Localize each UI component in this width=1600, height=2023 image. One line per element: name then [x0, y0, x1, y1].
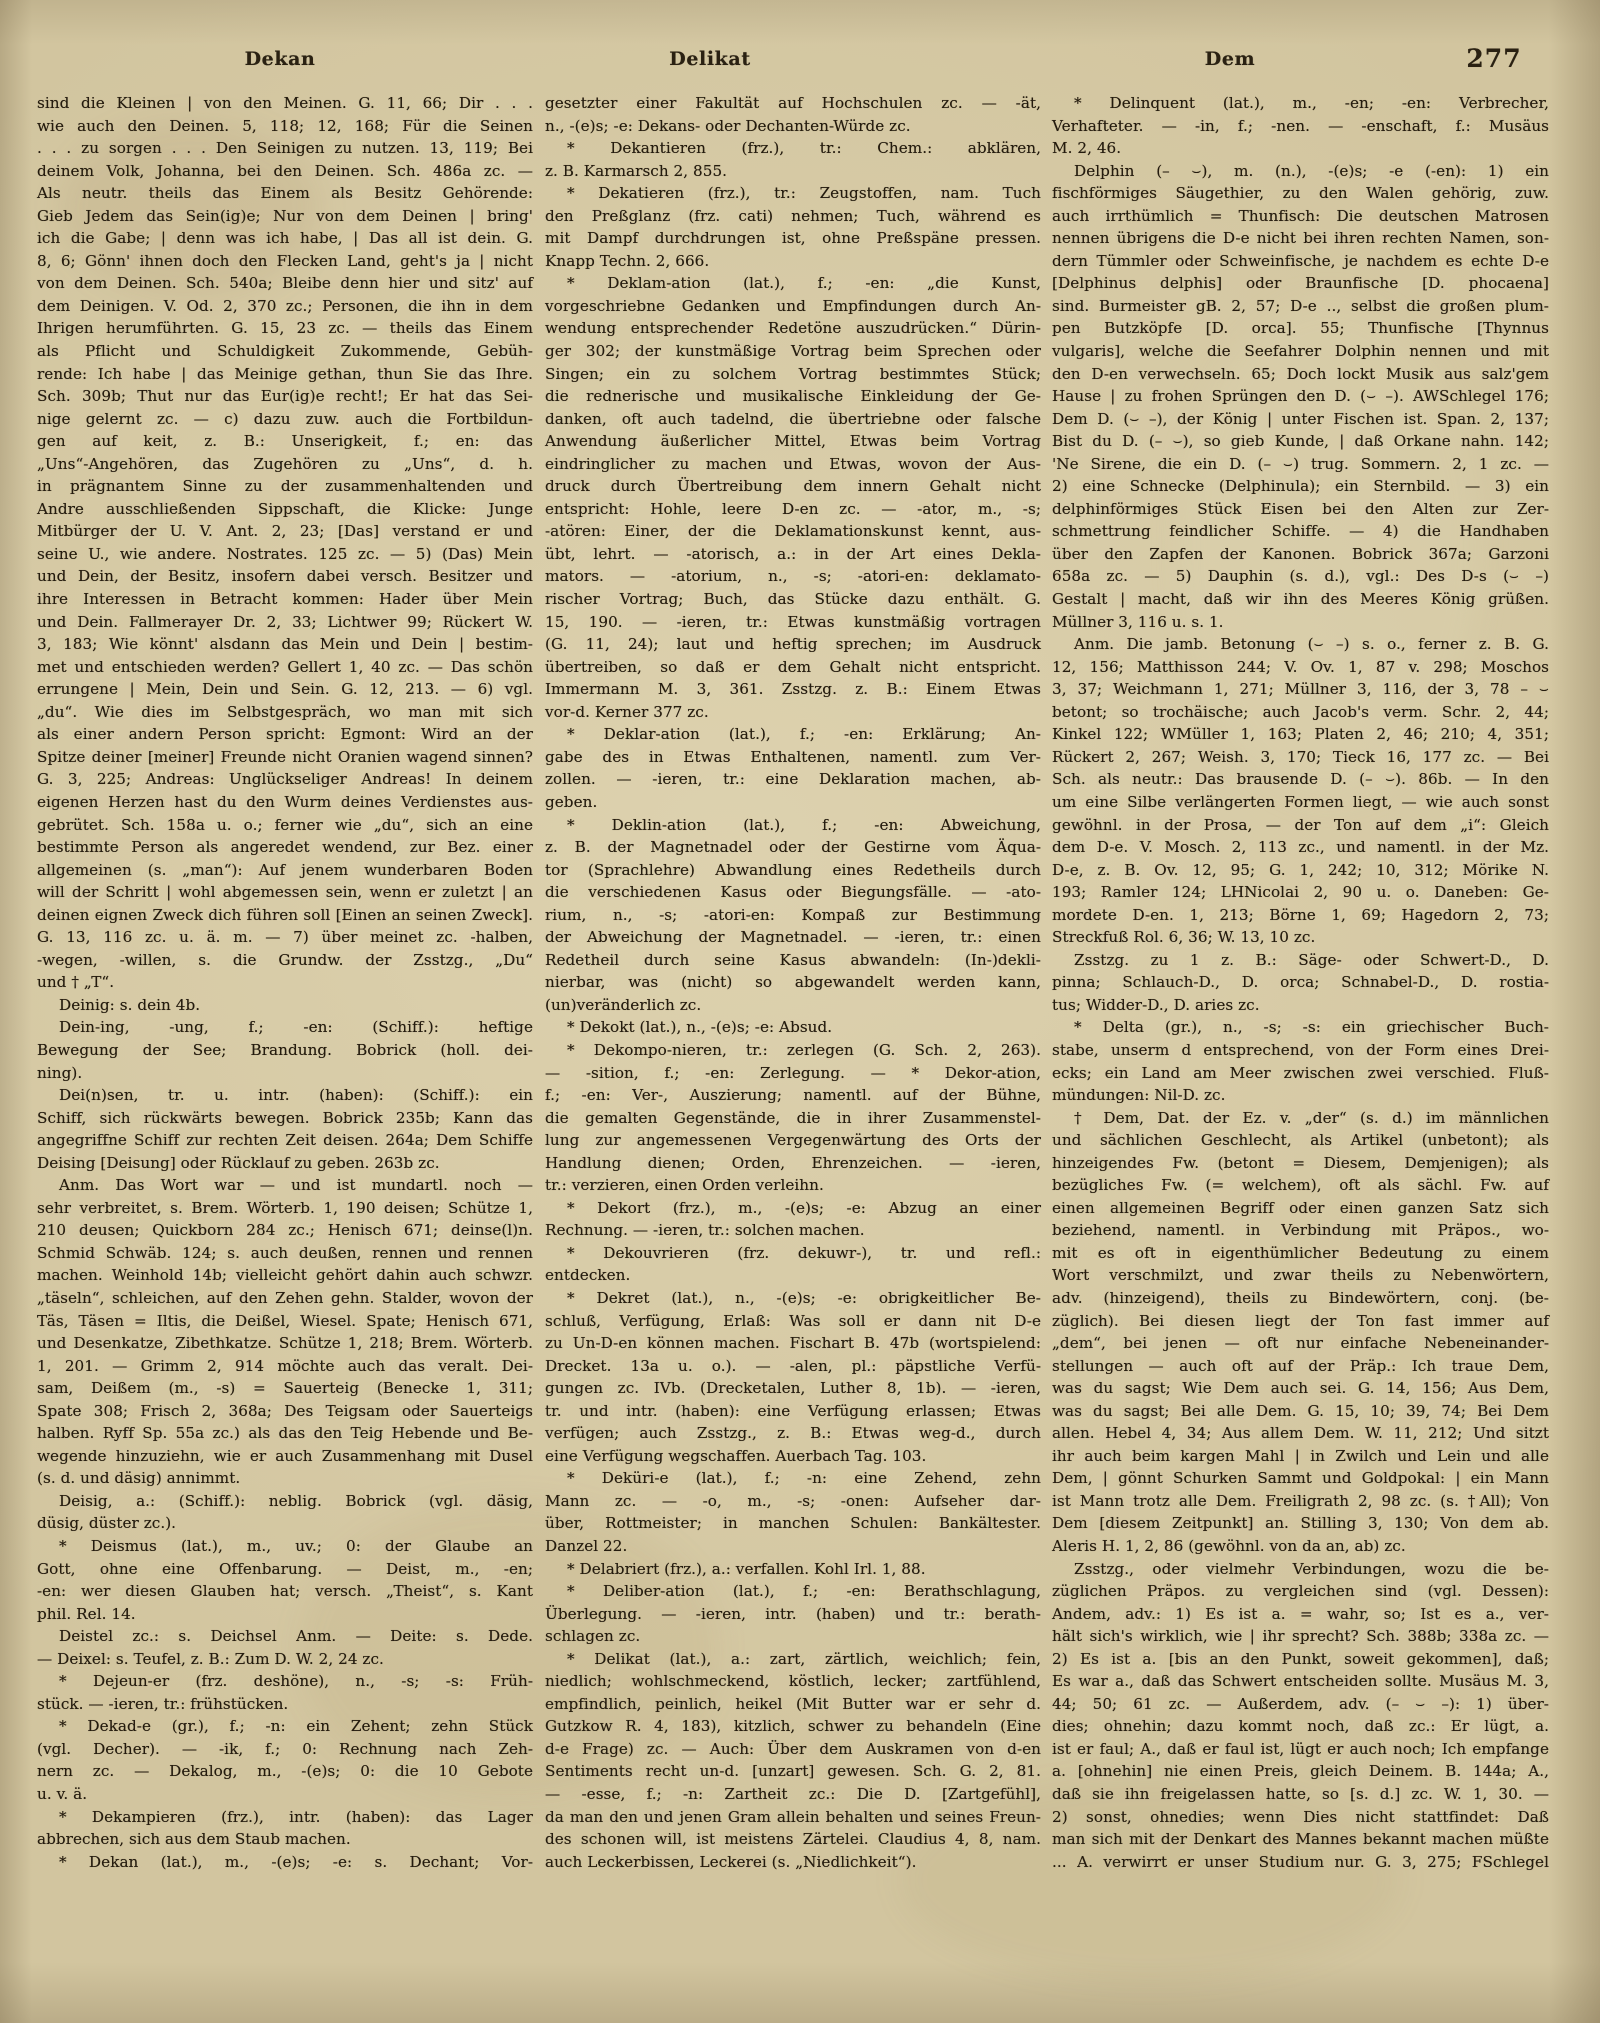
text-line: Ihrigen herumführten. G. 15, 23 zc. — th…: [37, 317, 533, 340]
text-line: stück. — -ieren, tr.: frühstücken.: [37, 1693, 533, 1716]
text-line: * Delikat (lat.), a.: zart, zärtlich, we…: [545, 1648, 1041, 1671]
text-line: bezügliches Fw. (= welchem), oft als säc…: [1052, 1174, 1549, 1197]
text-line: schlagen zc.: [545, 1625, 1041, 1648]
text-line: 658a zc. — 5) Dauphin (s. d.), vgl.: Des…: [1052, 565, 1549, 588]
text-line: vorgeschriebne Gedanken und Empfindungen…: [545, 295, 1041, 318]
text-line: (s. d. und däsig) annimmt.: [37, 1467, 533, 1490]
catchword-left: Dekan: [180, 48, 380, 70]
text-line: angegriffne Schiff zur rechten Zeit deis…: [37, 1129, 533, 1152]
text-line: die verschiedenen Kasus oder Biegungsfäl…: [545, 881, 1041, 904]
text-line: Rechnung. — -ieren, tr.: solchen machen.: [545, 1219, 1041, 1242]
text-line: betont; so trochäische; auch Jacob's ver…: [1052, 701, 1549, 724]
text-line: Andre ausschließenden Sippschaft, die Kl…: [37, 498, 533, 521]
text-line: G. 13, 116 zc. u. ä. m. — 7) über meinet…: [37, 926, 533, 949]
text-line: den Preßglanz (frz. cati) nehmen; Tuch, …: [545, 205, 1041, 228]
text-line: lung zur angemessenen Vergegenwärtung de…: [545, 1129, 1041, 1152]
text-line: * Dekan (lat.), m., -(e)s; -e: s. Dechan…: [37, 1851, 533, 1874]
text-line: bestimmte Person als angeredet wendend, …: [37, 836, 533, 859]
text-line: Sentiments recht un-d. [unzart] gewesen.…: [545, 1760, 1041, 1783]
text-line: u. v. ä.: [37, 1783, 533, 1806]
text-line: Schiff, sich rückwärts bewegen. Bobrick …: [37, 1107, 533, 1130]
text-line: Deisig, a.: (Schiff.): neblig. Bobrick (…: [37, 1490, 533, 1513]
text-line: über, Rottmeister; in manchen Schulen: B…: [545, 1512, 1041, 1535]
text-line: deinen eignen Zweck dich führen soll [Ei…: [37, 904, 533, 927]
text-line: † Dem, Dat. der Ez. v. „der“ (s. d.) im …: [1052, 1107, 1549, 1130]
text-line: ... A. verwirrt er unser Studium nur. G.…: [1052, 1851, 1549, 1874]
text-line: Immermann M. 3, 361. Zsstzg. z. B.: Eine…: [545, 678, 1041, 701]
catchword-right: Dem: [1130, 48, 1330, 70]
text-line: mit Dampf durchdrungen ist, ohne Preßspä…: [545, 227, 1041, 250]
text-line: Knapp Techn. 2, 666.: [545, 250, 1041, 273]
text-line: Gestalt | macht, daß wir ihn des Meeres …: [1052, 588, 1549, 611]
text-line: eigenen Herzen hast du den Wurm deines V…: [37, 791, 533, 814]
text-line: nierbar, was (nicht) so abgewandelt werd…: [545, 971, 1041, 994]
text-line: Streckfuß Rol. 6, 36; W. 13, 10 zc.: [1052, 926, 1549, 949]
text-line: Rückert 2, 267; Weish. 3, 170; Tieck 16,…: [1052, 746, 1549, 769]
text-line: (un)veränderlich zc.: [545, 994, 1041, 1017]
text-line: n., -(e)s; -e: Dekans- oder Dechanten-Wü…: [545, 115, 1041, 138]
text-line: 210 deusen; Quickborn 284 zc.; Henisch 6…: [37, 1219, 533, 1242]
text-line: gungen zc. IVb. (Drecketalen, Luther 8, …: [545, 1377, 1041, 1400]
text-line: sam, Deißem (m., -s) = Sauerteig (Beneck…: [37, 1377, 533, 1400]
text-line: Wort verschmilzt, und zwar theils zu Neb…: [1052, 1264, 1549, 1287]
text-line: Sch. als neutr.: Das brausende D. (– ⌣).…: [1052, 768, 1549, 791]
text-line: * Delta (gr.), n., -s; -s: ein griechisc…: [1052, 1016, 1549, 1039]
text-line: * Deismus (lat.), m., uv.; 0: der Glaube…: [37, 1535, 533, 1558]
text-line: * Dekouvrieren (frz. dekuwr-), tr. und r…: [545, 1242, 1041, 1265]
text-line: ist er faul; A., daß er faul ist, lügt e…: [1052, 1738, 1549, 1761]
text-line: nige gelernt zc. — c) dazu zuw. auch die…: [37, 408, 533, 431]
text-line: * Deklin-ation (lat.), f.; -en: Abweichu…: [545, 814, 1041, 837]
catchword-center: Delikat: [610, 48, 810, 70]
text-line: D-e, z. B. Ov. 12, 95; G. 1, 242; 10, 31…: [1052, 859, 1549, 882]
text-line: -atören: Einer, der die Deklamationskuns…: [545, 520, 1041, 543]
text-line: Anm. Das Wort war — und ist mundartl. no…: [37, 1174, 533, 1197]
text-line: -wegen, -willen, s. die Grundw. der Zsst…: [37, 949, 533, 972]
text-line: dern Tümmler oder Schweinfische, je nach…: [1052, 250, 1549, 273]
text-line: als Pflicht und Schuldigkeit Zukommende,…: [37, 340, 533, 363]
text-line: Spitze deiner [meiner] Freunde nicht Ora…: [37, 746, 533, 769]
text-line: Sch. 309b; Thut nur das Eur(ig)e recht!;…: [37, 385, 533, 408]
text-line: 2) Es ist a. [bis an den Punkt, soweit g…: [1052, 1648, 1549, 1671]
text-line: Andem, adv.: 1) Es ist a. = wahr, so; Is…: [1052, 1603, 1549, 1626]
text-line: a. [ohnehin] nie einen Preis, gleich Dei…: [1052, 1760, 1549, 1783]
text-line: allen. Hebel 4, 34; Aus allem Dem. W. 11…: [1052, 1422, 1549, 1445]
text-line: Dein-ing, -ung, f.; -en: (Schiff.): heft…: [37, 1016, 533, 1039]
text-line: dem D-e. V. Mosch. 2, 113 zc., und namen…: [1052, 836, 1549, 859]
text-line: eine Verfügung wegschaffen. Auerbach Tag…: [545, 1445, 1041, 1468]
text-line: rende: Ich habe | das Meinige gethan, th…: [37, 363, 533, 386]
text-line: verfügen; auch Zsstzg., z. B.: Etwas weg…: [545, 1422, 1041, 1445]
text-line: wendung entsprechender Redetöne auszudrü…: [545, 317, 1041, 340]
text-line: eindringlicher zu machen und Etwas, wovo…: [545, 453, 1041, 476]
text-line: und Dein. Fallmerayer Dr. 2, 33; Lichtwe…: [37, 611, 533, 634]
text-line: Redetheil durch seine Kasus abwandeln: (…: [545, 949, 1041, 972]
text-line: Als neutr. theils das Einem als Besitz G…: [37, 182, 533, 205]
text-line: ning).: [37, 1062, 533, 1085]
text-line: druck durch Übertreibung dem innern Geha…: [545, 475, 1041, 498]
text-line: sind. Burmeister gB. 2, 57; D-e .., selb…: [1052, 295, 1549, 318]
text-line: in prägnantem Sinne zu der zusammenhalte…: [37, 475, 533, 498]
text-line: 2) eine Schnecke (Delphinula); ein Stern…: [1052, 475, 1549, 498]
text-line: und sächlichen Geschlecht, als Artikel (…: [1052, 1129, 1549, 1152]
text-line: vulgaris], welche die Seefahrer Dolphin …: [1052, 340, 1549, 363]
text-line: gewöhnl. in der Prosa, — der Ton auf dem…: [1052, 814, 1549, 837]
text-line: der Abweichung der Magnetnadel. — -ieren…: [545, 926, 1041, 949]
text-line: f.; -en: Ver-, Auszierung; namentl. auf …: [545, 1084, 1041, 1107]
text-line: „dem“, bei jenen — oft nur einfache Nebe…: [1052, 1332, 1549, 1355]
text-line: züglich). Bei diesen liegt der Ton fast …: [1052, 1310, 1549, 1333]
text-line: machen. Weinhold 14b; vielleicht gehört …: [37, 1264, 533, 1287]
text-line: dem Deinigen. V. Od. 2, 370 zc.; Persone…: [37, 295, 533, 318]
text-line: — Deixel: s. Teufel, z. B.: Zum D. W. 2,…: [37, 1648, 533, 1671]
text-line: * Dejeun-er (frz. deshöne), n., -s; -s: …: [37, 1670, 533, 1693]
text-line: Spate 308; Frisch 2, 368a; Des Teigsam o…: [37, 1400, 533, 1423]
text-line: rischer Vortrag; Buch, das Stücke dazu e…: [545, 588, 1041, 611]
text-line: tr.: verzieren, einen Orden verleihn.: [545, 1174, 1041, 1197]
text-line: „Uns“-Angehören, das Zugehören zu „Uns“,…: [37, 453, 533, 476]
text-line: nennen übrigens die D-e nicht bei ihren …: [1052, 227, 1549, 250]
text-line: über den Zapfen der Kanonen. Bobrick 367…: [1052, 543, 1549, 566]
text-line: daß sie ihn freigelassen hatte, so [s. d…: [1052, 1783, 1549, 1806]
text-line: — -sition, f.; -en: Zerlegung. — * Dekor…: [545, 1062, 1041, 1085]
text-line: Dem, | gönnt Schurken Sammt und Goldpoka…: [1052, 1467, 1549, 1490]
text-line: 3, 37; Weichmann 1, 271; Müllner 3, 116,…: [1052, 678, 1549, 701]
text-line: die rednerische und musikalische Einklei…: [545, 385, 1041, 408]
text-line: Delphin (– ⌣), m. (n.), -(e)s; -e (-en):…: [1052, 160, 1549, 183]
text-line: abbrechen, sich aus dem Staub machen.: [37, 1828, 533, 1851]
text-line: wie auch den Deinen. 5, 118; 12, 168; Fü…: [37, 115, 533, 138]
text-line: niedlich; wohlschmeckend, köstlich, leck…: [545, 1670, 1041, 1693]
text-line: will der Schritt | wohl abgemessen sein,…: [37, 881, 533, 904]
text-line: phil. Rel. 14.: [37, 1603, 533, 1626]
text-line: Dem D. (⌣ –), der König | unter Fischen …: [1052, 408, 1549, 431]
page-number: 277: [1444, 44, 1544, 73]
text-line: 'Ne Sirene, die ein D. (– ⌣) trug. Somme…: [1052, 453, 1549, 476]
text-line: errungene | Mein, Dein und Sein. G. 12, …: [37, 678, 533, 701]
text-line: deinem Volk, Johanna, bei den Deinen. Sc…: [37, 160, 533, 183]
text-line: 15, 190. — -ieren, tr.: Etwas kunstmäßig…: [545, 611, 1041, 634]
text-line: Mann zc. — -o, m., -s; -onen: Aufseher d…: [545, 1490, 1041, 1513]
text-line: mündungen: Nil-D. zc.: [1052, 1084, 1549, 1107]
text-line: * Delabriert (frz.), a.: verfallen. Kohl…: [545, 1558, 1041, 1581]
dictionary-column-center: gesetzter einer Fakultät auf Hochschulen…: [545, 92, 1041, 1882]
text-line: -en: wer diesen Glauben hat; versch. „Th…: [37, 1580, 533, 1603]
text-line: sind die Kleinen | von den Meinen. G. 11…: [37, 92, 533, 115]
text-line: seine U., wie andere. Nostrates. 125 zc.…: [37, 543, 533, 566]
text-line: auch Leckerbissen, Leckerei (s. „Niedlic…: [545, 1851, 1041, 1874]
text-line: stellungen — auch oft auf der Präp.: Ich…: [1052, 1355, 1549, 1378]
text-line: pinna; Schlauch-D., D. orca; Schnabel-D.…: [1052, 971, 1549, 994]
text-line: entdecken.: [545, 1264, 1041, 1287]
text-line: . . . zu sorgen . . . Den Seinigen zu nu…: [37, 137, 533, 160]
text-line: * Dekokt (lat.), n., -(e)s; -e: Absud.: [545, 1016, 1041, 1039]
text-line: Zsstzg. zu 1 z. B.: Säge- oder Schwert-D…: [1052, 949, 1549, 972]
text-line: „du“. Wie dies im Selbstgespräch, wo man…: [37, 701, 533, 724]
text-line: Danzel 22.: [545, 1535, 1041, 1558]
text-line: * Deklar-ation (lat.), f.; -en: Erklärun…: [545, 723, 1041, 746]
text-line: tr. und intr. (haben): eine Verfügung er…: [545, 1400, 1041, 1423]
text-line: * Dekad-e (gr.), f.; -n: ein Zehent; zeh…: [37, 1715, 533, 1738]
text-line: da man den und jenen Gram allein behalte…: [545, 1806, 1041, 1829]
text-line: man sich mit der Denkart des Mannes beka…: [1052, 1828, 1549, 1851]
text-line: * Delinquent (lat.), m., -en; -en: Verbr…: [1052, 92, 1549, 115]
text-line: hält sich's wirklich, wie | ihr sprecht?…: [1052, 1625, 1549, 1648]
text-line: Täs, Täsen = Iltis, die Deißel, Wiesel. …: [37, 1310, 533, 1333]
text-line: (G. 11, 24); laut und heftig sprechen; i…: [545, 633, 1041, 656]
text-line: M. 2, 46.: [1052, 137, 1549, 160]
text-line: 12, 156; Matthisson 244; V. Ov. 1, 87 v.…: [1052, 656, 1549, 679]
text-line: Gieb Jedem das Sein(ig)e; Nur von dem De…: [37, 205, 533, 228]
text-line: von dem Deinen. Sch. 540a; Bleibe denn h…: [37, 272, 533, 295]
text-line: 44; 50; 61 zc. — Außerdem, adv. (– ⌣ –):…: [1052, 1693, 1549, 1716]
text-line: danken, oft auch tadelnd, die übertriebn…: [545, 408, 1041, 431]
text-line: [Delphinus delphis] oder Braunfische [D.…: [1052, 272, 1549, 295]
text-line: d-e Frage) zc. — Auch: Über dem Auskrame…: [545, 1738, 1041, 1761]
text-line: auch irrthümlich = Thunfisch: Die deutsc…: [1052, 205, 1549, 228]
text-line: entspricht: Hohle, leere D-en zc. — -ato…: [545, 498, 1041, 521]
text-line: — -esse, f.; -n: Zartheit zc.: Die D. [Z…: [545, 1783, 1041, 1806]
text-line: adv. (hinzeigend), theils zu Bindewörter…: [1052, 1287, 1549, 1310]
text-line: Deinig: s. dein 4b.: [37, 994, 533, 1017]
text-line: ecks; ein Land am Meer zwischen zwei ver…: [1052, 1062, 1549, 1085]
text-line: ihre Interessen in Betracht kommen: Hade…: [37, 588, 533, 611]
text-line: empfindlich, peinlich, heikel (Mit Butte…: [545, 1693, 1041, 1716]
text-line: zollen. — -ieren, tr.: eine Deklaration …: [545, 768, 1041, 791]
text-line: halben. Ryff Sp. 55a zc.) als das den Te…: [37, 1422, 533, 1445]
text-line: * Dekatieren (frz.), tr.: Zeugstoffen, n…: [545, 182, 1041, 205]
text-line: um eine Silbe verlängerten Formen liegt,…: [1052, 791, 1549, 814]
text-line: ich die Gabe; | denn was ich habe, | Das…: [37, 227, 533, 250]
text-line: ist Mann trotz alle Dem. Freiligrath 2, …: [1052, 1490, 1549, 1513]
text-line: allgemeinen (s. „man“): Auf jenem wunder…: [37, 859, 533, 882]
text-line: düsig, düster zc.).: [37, 1512, 533, 1535]
text-line: * Dekort (frz.), m., -(e)s; -e: Abzug an…: [545, 1197, 1041, 1220]
text-line: Schmid Schwäb. 124; s. auch deußen, renn…: [37, 1242, 533, 1265]
text-line: züglichen Präpos. zu vergleichen sind (v…: [1052, 1580, 1549, 1603]
text-line: schmettrung feindlicher Schiffe. — 4) di…: [1052, 520, 1549, 543]
text-line: stabe, unserm d entsprechend, von der Fo…: [1052, 1039, 1549, 1062]
text-line: ihr auch beim kargen Mahl | in Zwilch un…: [1052, 1445, 1549, 1468]
text-line: tus; Widder-D., D. aries zc.: [1052, 994, 1549, 1017]
text-line: fischförmiges Säugethier, zu den Walen g…: [1052, 182, 1549, 205]
text-line: 193; Ramler 124; LHNicolai 2, 90 u. o. D…: [1052, 881, 1549, 904]
text-line: Bist du D. (– ⌣), so gieb Kunde, | daß O…: [1052, 430, 1549, 453]
text-line: Dei(n)sen, tr. u. intr. (haben): (Schiff…: [37, 1084, 533, 1107]
text-line: beziehend, namentl. in Verbindung mit Pr…: [1052, 1219, 1549, 1242]
text-line: gen auf keit, z. B.: Unserigkeit, f.; en…: [37, 430, 533, 453]
text-line: gabe des in Etwas Enthaltenen, namentl. …: [545, 746, 1041, 769]
text-line: Bewegung der See; Brandung. Bobrick (hol…: [37, 1039, 533, 1062]
text-line: Anm. Die jamb. Betonung (⌣ –) s. o., fer…: [1052, 633, 1549, 656]
text-line: wegende hinzuziehn, wie er auch Zusammen…: [37, 1445, 533, 1468]
text-line: und Dein, der Besitz, insofern dabei ver…: [37, 565, 533, 588]
text-line: delphinförmiges Stück Eisen bei den Alte…: [1052, 498, 1549, 521]
text-line: nern zc. — Dekalog, m., -(e)s; 0: die 10…: [37, 1760, 533, 1783]
text-line: Drecket. 13a u. o.). — -alen, pl.: päpst…: [545, 1355, 1041, 1378]
text-line: Handlung dienen; Orden, Ehrenzeichen. — …: [545, 1152, 1041, 1175]
text-line: sehr verbreitet, s. Brem. Wörterb. 1, 19…: [37, 1197, 533, 1220]
scanned-dictionary-page: Dekan Delikat Dem 277 sind die Kleinen |…: [0, 0, 1600, 2023]
text-line: Gott, ohne eine Offenbarung. — Deist, m.…: [37, 1558, 533, 1581]
text-line: was du sagst; Wie Dem auch sei. G. 14, 1…: [1052, 1377, 1549, 1400]
text-line: * Dekantieren (frz.), tr.: Chem.: abklär…: [545, 137, 1041, 160]
text-line: schluß, Verfügung, Erlaß: Was soll er da…: [545, 1310, 1041, 1333]
text-line: Anwendung äußerlicher Mittel, Etwas beim…: [545, 430, 1041, 453]
text-line: 1, 201. — Grimm 2, 914 möchte auch das v…: [37, 1355, 533, 1378]
text-line: Deistel zc.: s. Deichsel Anm. — Deite: s…: [37, 1625, 533, 1648]
text-line: * Dekampieren (frz.), intr. (haben): das…: [37, 1806, 533, 1829]
text-line: was du sagst; Bei alle Dem. G. 15, 10; 3…: [1052, 1400, 1549, 1423]
text-line: einen allgemeinen Begriff oder einen gan…: [1052, 1197, 1549, 1220]
text-line: rium, n., -s; -atori-en: Kompaß zur Best…: [545, 904, 1041, 927]
text-line: * Deliber-ation (lat.), f.; -en: Beraths…: [545, 1580, 1041, 1603]
text-line: geben.: [545, 791, 1041, 814]
text-line: z. B. der Magnetnadel oder der Gestirne …: [545, 836, 1041, 859]
text-line: und † „T“.: [37, 971, 533, 994]
text-line: Dem [diesem Zeitpunkt] an. Stilling 3, 1…: [1052, 1512, 1549, 1535]
text-line: * Deküri-e (lat.), f.; -n: eine Zehend, …: [545, 1467, 1041, 1490]
text-line: übt, lehrt. — -atorisch, a.: in der Art …: [545, 543, 1041, 566]
text-line: Aleris H. 1, 2, 86 (gewöhnl. von da an, …: [1052, 1535, 1549, 1558]
text-line: Überlegung. — -ieren, intr. (haben) und …: [545, 1603, 1041, 1626]
text-line: Deising [Deisung] oder Rücklauf zu geben…: [37, 1152, 533, 1175]
text-line: Verhafteter. — -in, f.; -nen. — -enschaf…: [1052, 115, 1549, 138]
text-line: Singen; ein zu solchem Vortrag bestimmte…: [545, 363, 1041, 386]
text-line: zu Un-D-en können machen. Fischart B. 47…: [545, 1332, 1041, 1355]
text-line: hinzeigendes Fw. (betont = Diesem, Demje…: [1052, 1152, 1549, 1175]
text-line: 3, 183; Wie könnt' alsdann das Mein und …: [37, 633, 533, 656]
text-line: Es war a., daß das Schwert entscheiden s…: [1052, 1670, 1549, 1693]
text-line: mators. — -atorium, n., -s; -atori-en: d…: [545, 565, 1041, 588]
dictionary-column-right: * Delinquent (lat.), m., -en; -en: Verbr…: [1052, 92, 1549, 1882]
text-line: gesetzter einer Fakultät auf Hochschulen…: [545, 92, 1041, 115]
text-line: Mitbürger der U. V. Ant. 2, 23; [Das] ve…: [37, 520, 533, 543]
text-line: Hause | zu frohen Sprüngen den D. (⌣ –).…: [1052, 385, 1549, 408]
text-line: Kinkel 122; WMüller 1, 163; Platen 2, 46…: [1052, 723, 1549, 746]
text-line: (vgl. Decher). — -ik, f.; 0: Rechnung na…: [37, 1738, 533, 1761]
text-line: Müllner 3, 116 u. s. 1.: [1052, 611, 1549, 634]
page-body-text: sind die Kleinen | von den Meinen. G. 11…: [0, 92, 1600, 1892]
text-line: und Desenkatze, Zibethkatze. Schütze 1, …: [37, 1332, 533, 1355]
text-line: die gemalten Gegenstände, die in ihrer Z…: [545, 1107, 1041, 1130]
text-line: ger 302; der kunstmäßige Vortrag beim Sp…: [545, 340, 1041, 363]
text-line: G. 3, 225; Andreas: Unglückseliger Andre…: [37, 768, 533, 791]
text-line: tor (Sprachlehre) Abwandlung eines Redet…: [545, 859, 1041, 882]
text-line: übertreiben, so daß er dem Gehalt nicht …: [545, 656, 1041, 679]
text-line: 8, 6; Gönn' ihnen doch den Flecken Land,…: [37, 250, 533, 273]
text-line: gebrütet. Sch. 158a u. o.; ferner wie „d…: [37, 814, 533, 837]
text-line: dies; ohnehin; dazu kommt noch, daß zc.:…: [1052, 1715, 1549, 1738]
text-line: * Deklam-ation (lat.), f.; -en: „die Kun…: [545, 272, 1041, 295]
text-line: als einer andern Person spricht: Egmont:…: [37, 723, 533, 746]
text-line: Gutzkow R. 4, 183), kitzlich, schwer zu …: [545, 1715, 1041, 1738]
text-line: * Dekret (lat.), n., -(e)s; -e: obrigkei…: [545, 1287, 1041, 1310]
text-line: vor-d. Kerner 377 zc.: [545, 701, 1041, 724]
text-line: * Dekompo-nieren, tr.: zerlegen (G. Sch.…: [545, 1039, 1041, 1062]
text-line: 2) sonst, ohnedies; wenn Dies nicht stat…: [1052, 1806, 1549, 1829]
text-line: den D-en verwechseln. 65; Doch lockt Mus…: [1052, 363, 1549, 386]
dictionary-column-left: sind die Kleinen | von den Meinen. G. 11…: [37, 92, 533, 1882]
text-line: des schonen will, ist meistens Zärtelei.…: [545, 1828, 1041, 1851]
text-line: „täseln“, schleichen, auf den Zehen gehn…: [37, 1287, 533, 1310]
text-line: pen Butzköpfe [D. orca]. 55; Thunfische …: [1052, 317, 1549, 340]
text-line: mit es oft in eigenthümlicher Bedeutung …: [1052, 1242, 1549, 1265]
text-line: met und entschieden werden? Gellert 1, 4…: [37, 656, 533, 679]
text-line: mordete D-en. 1, 213; Börne 1, 69; Haged…: [1052, 904, 1549, 927]
text-line: z. B. Karmarsch 2, 855.: [545, 160, 1041, 183]
text-line: Zsstzg., oder vielmehr Verbindungen, woz…: [1052, 1558, 1549, 1581]
